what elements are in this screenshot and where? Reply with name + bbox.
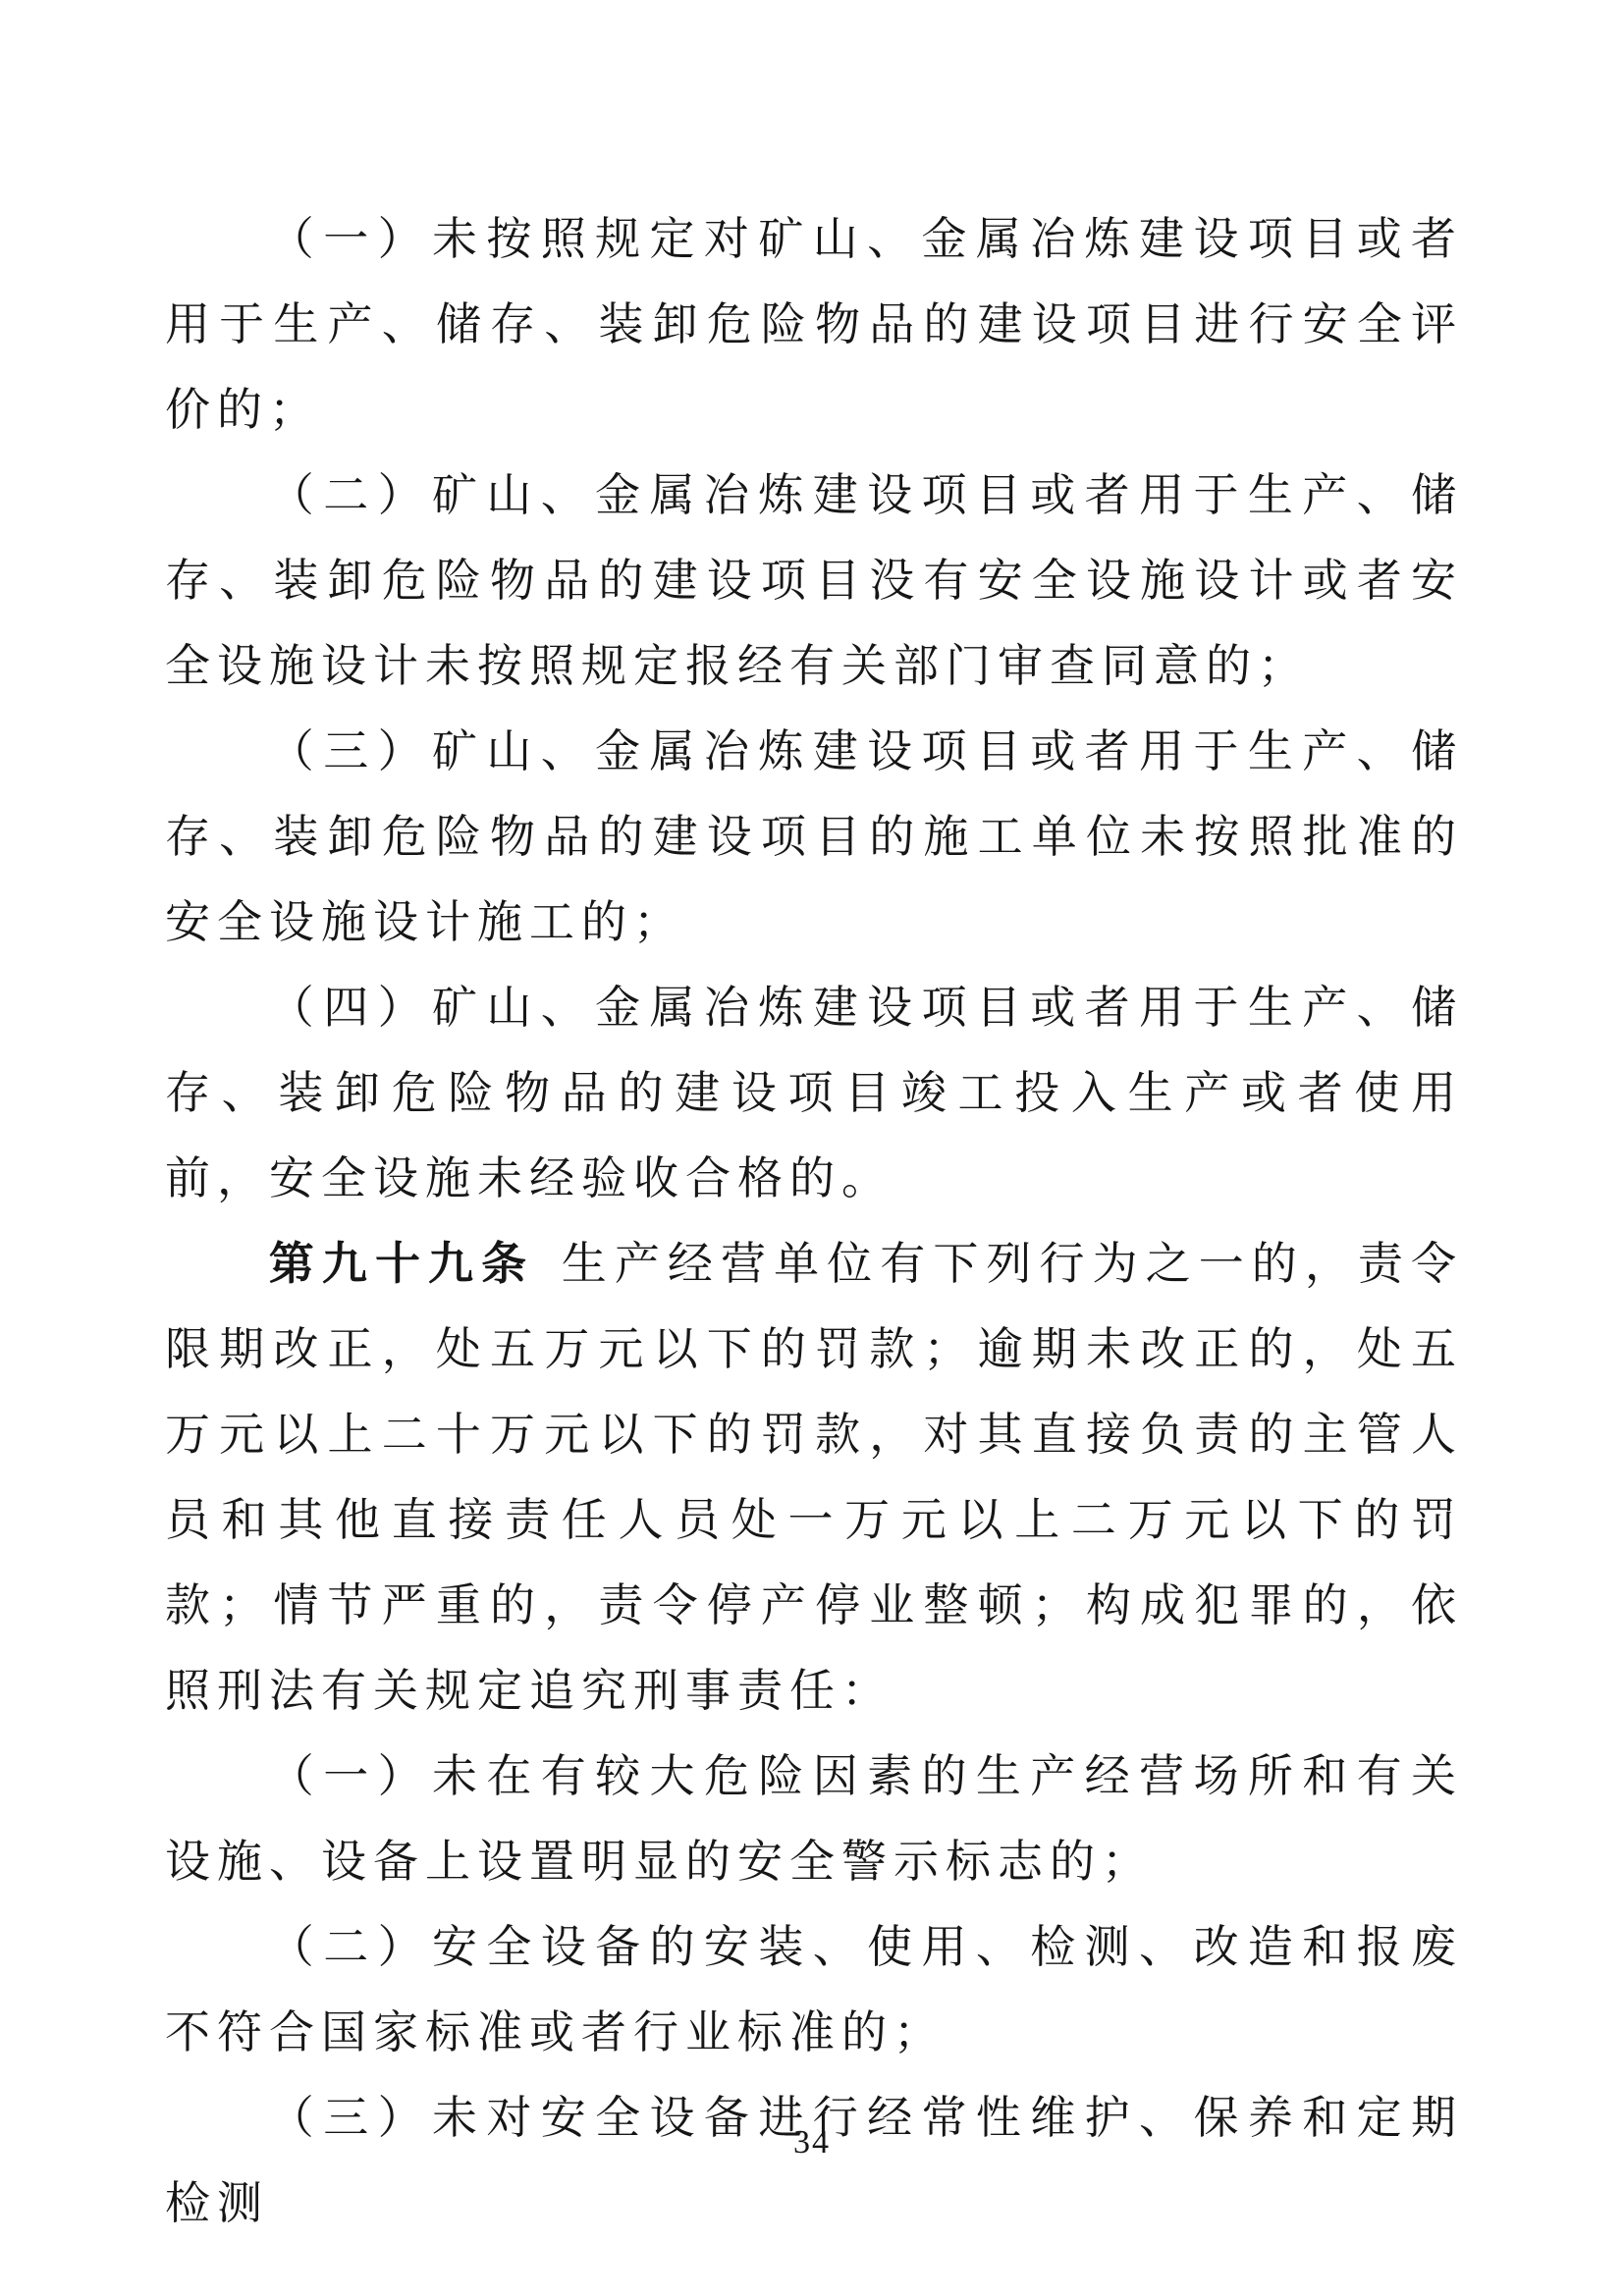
clause-item-3: （三）矿山、金属冶炼建设项目或者用于生产、储存、装卸危险物品的建设项目的施工单位…: [165, 709, 1463, 965]
page-number: 34: [0, 2124, 1624, 2162]
article-99-number: 第九十九条: [269, 1239, 534, 1289]
clause-item-2: （二）矿山、金属冶炼建设项目或者用于生产、储存、装卸危险物品的建设项目没有安全设…: [165, 453, 1463, 709]
clause-item-1: （一）未按照规定对矿山、金属冶炼建设项目或者用于生产、储存、装卸危险物品的建设项…: [165, 196, 1463, 453]
clause-item-4: （四）矿山、金属冶炼建设项目或者用于生产、储存、装卸危险物品的建设项目竣工投入生…: [165, 965, 1463, 1221]
document-body: （一）未按照规定对矿山、金属冶炼建设项目或者用于生产、储存、装卸危险物品的建设项…: [165, 196, 1463, 2246]
article-99-text: 生产经营单位有下列行为之一的，责令限期改正，处五万元以下的罚款；逾期未改正的，处…: [165, 1239, 1463, 1716]
clause-item-5: （一）未在有较大危险因素的生产经营场所和有关设施、设备上设置明显的安全警示标志的…: [165, 1734, 1463, 1904]
article-99-paragraph: 第九十九条生产经营单位有下列行为之一的，责令限期改正，处五万元以下的罚款；逾期未…: [165, 1221, 1463, 1734]
clause-item-6: （二）安全设备的安装、使用、检测、改造和报废不符合国家标准或者行业标准的；: [165, 1904, 1463, 2075]
document-page: （一）未按照规定对矿山、金属冶炼建设项目或者用于生产、储存、装卸危险物品的建设项…: [0, 0, 1624, 2296]
